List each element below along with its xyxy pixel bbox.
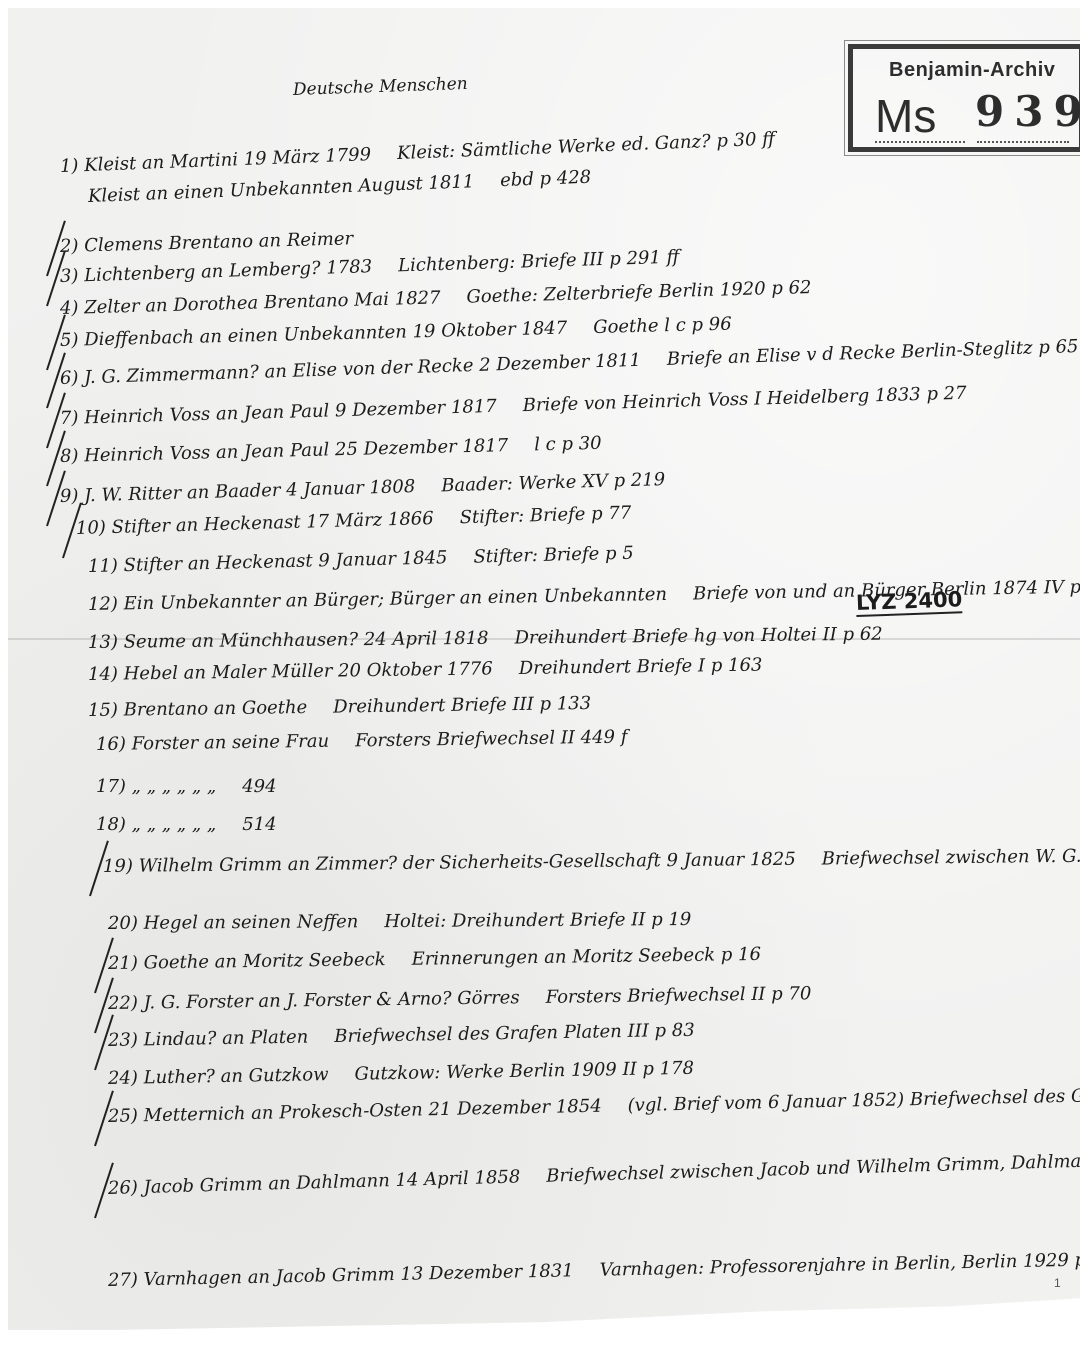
letter-entry: 18) „ „ „ „ „ „514 [96, 814, 277, 835]
entry-number: 11) [88, 555, 124, 577]
entry-number: 15) [88, 700, 124, 721]
entry-source: Erinnerungen an Moritz Seebeck p 16 [411, 944, 761, 970]
entry-number: 12) [88, 593, 124, 615]
entry-source: 514 [242, 814, 276, 835]
letter-entry: 20) Hegel an seinen NeffenHoltei: Dreihu… [108, 909, 691, 934]
stamp-archive-name: Benjamin-Archiv [889, 59, 1055, 82]
entry-number: 26) [108, 1177, 144, 1199]
entry-letter: Clemens Brentano an Reimer [84, 228, 353, 256]
entry-number: 19) [103, 856, 139, 877]
entry-number: 20) [108, 913, 144, 934]
entry-letter: Goethe an Moritz Seebeck [144, 949, 386, 973]
letter-entry: 26) Jacob Grimm an Dahlmann 14 April 185… [108, 1141, 1088, 1199]
entry-number: 3) [60, 265, 85, 287]
entry-source: ebd p 428 [500, 167, 592, 191]
letter-entry: 10) Stifter an Heckenast 17 März 1866Sti… [76, 502, 632, 539]
entry-letter: Stifter an Heckenast 17 März 1866 [111, 508, 434, 538]
letter-entry: 9) J. W. Ritter an Baader 4 Januar 1808B… [60, 469, 666, 507]
entry-source: Kleist: Sämtliche Werke ed. Ganz? p 30 f… [397, 129, 776, 165]
letter-entry: 24) Luther? an GutzkowGutzkow: Werke Ber… [108, 1058, 694, 1089]
entry-number: 21) [108, 953, 144, 974]
entry-number: 23) [108, 1029, 144, 1051]
entry-number: 13) [88, 632, 124, 653]
entry-letter: „ „ „ „ „ „ [132, 776, 217, 797]
entry-source: Goethe: Zelterbriefe Berlin 1920 p 62 [466, 277, 812, 308]
entry-source: Varnhagen: Professorenjahre in Berlin, B… [599, 1249, 1088, 1281]
stamp-dotted-line [977, 141, 1069, 143]
entry-source: Goethe l c p 96 [593, 314, 732, 338]
entry-source: Dreihundert Briefe III p 133 [333, 693, 591, 718]
stamp-prefix: Ms [875, 89, 936, 143]
entry-source: Forsters Briefwechsel II 449 f [355, 727, 628, 752]
entry-number: 8) [60, 445, 85, 467]
letter-entry: 1) Kleist an Martini 19 März 1799Kleist:… [60, 129, 776, 177]
entry-letter: J. W. Ritter an Baader 4 Januar 1808 [84, 476, 416, 506]
entry-letter: Hegel an seinen Neffen [144, 911, 359, 933]
entry-letter: Metternich an Prokesch-Osten 21 Dezember… [143, 1096, 601, 1127]
letter-entry: 2) Clemens Brentano an Reimer [60, 228, 380, 257]
entry-number: 24) [108, 1067, 144, 1089]
entry-letter: Jacob Grimm an Dahlmann 14 April 1858 [143, 1166, 520, 1198]
archive-stamp: Benjamin-Archiv Ms 939 [848, 44, 1084, 152]
stamp-dotted-line [875, 141, 965, 143]
letter-entry: 17) „ „ „ „ „ „494 [96, 776, 277, 797]
letter-entry: 7) Heinrich Voss an Jean Paul 9 Dezember… [60, 383, 967, 429]
entry-source: Briefwechsel des Grafen Platen III p 83 [334, 1020, 695, 1047]
entry-source: Briefwechsel zwischen Jacob und Wilhelm … [546, 1141, 1088, 1186]
entry-source: Stifter: Briefe p 77 [459, 502, 631, 528]
entry-letter: Wilhelm Grimm an Zimmer? der Sicherheits… [139, 849, 796, 877]
shelfmark-note: LYZ 2400 [856, 587, 963, 617]
entry-number: 1) [60, 155, 85, 177]
entry-letter: Stifter an Heckenast 9 Januar 1845 [123, 547, 447, 576]
entry-source: Lichtenberg: Briefe III p 291 ff [398, 247, 680, 277]
entry-letter: Kleist an einen Unbekannten August 1811 [88, 171, 475, 207]
entry-letter: Hebel an Maler Müller 20 Oktober 1776 [124, 658, 493, 684]
entry-letter: Forster an seine Frau [132, 731, 330, 755]
entry-letter: J. G. Zimmermann? an Elise von der Recke… [84, 350, 641, 388]
entry-source: (vgl. Brief vom 6 Januar 1852) Briefwech… [627, 1080, 1088, 1116]
entry-number: 27) [108, 1269, 144, 1291]
entry-source: Dreihundert Briefe I p 163 [519, 655, 763, 679]
entry-letter: Ein Unbekannter an Bürger; Bürger an ein… [123, 584, 667, 614]
entry-source: Baader: Werke XV p 219 [441, 469, 665, 496]
entry-number: 10) [76, 517, 112, 539]
entry-number: 18) [96, 814, 132, 835]
entry-source: l c p 30 [534, 433, 602, 456]
entry-source: Dreihundert Briefe hg von Holtei II p 62 [514, 624, 882, 649]
letter-entry: 21) Goethe an Moritz SeebeckErinnerungen… [108, 944, 761, 974]
letter-entry: 27) Varnhagen an Jacob Grimm 13 Dezember… [108, 1249, 1088, 1291]
manuscript-page: Benjamin-Archiv Ms 939 Deutsche Menschen… [8, 8, 1080, 1330]
letter-entry: 23) Lindau? an PlatenBriefwechsel des Gr… [108, 1020, 695, 1051]
entry-letter: Zelter an Dorothea Brentano Mai 1827 [84, 287, 441, 318]
entry-letter: Seume an Münchhausen? 24 April 1818 [124, 628, 489, 653]
entry-number: 16) [96, 734, 132, 755]
entry-letter: Heinrich Voss an Jean Paul 9 Dezember 18… [84, 396, 497, 429]
page-number: 1 [1054, 1276, 1061, 1290]
entry-source: Briefwechsel zwischen W. G. u. J. von Gr… [822, 844, 1088, 870]
entry-number: 14) [88, 664, 124, 685]
entry-source: 494 [242, 776, 276, 797]
stamp-number: 939 [975, 87, 1088, 136]
entry-letter: J. G. Forster an J. Forster & Arno? Görr… [144, 987, 520, 1013]
letter-entry: 25) Metternich an Prokesch-Osten 21 Deze… [108, 1080, 1088, 1127]
entry-letter: Varnhagen an Jacob Grimm 13 Dezember 183… [143, 1260, 573, 1290]
letter-entry: 13) Seume an Münchhausen? 24 April 1818D… [88, 624, 883, 653]
letter-entry: 14) Hebel an Maler Müller 20 Oktober 177… [88, 655, 763, 685]
entry-letter: Dieffenbach an einen Unbekannten 19 Okto… [84, 318, 568, 351]
entry-number: 22) [108, 993, 144, 1014]
letter-entry: 11) Stifter an Heckenast 9 Januar 1845St… [88, 543, 634, 577]
entry-source: Forsters Briefwechsel II p 70 [545, 983, 811, 1008]
entry-number: 7) [60, 407, 85, 429]
entry-letter: Brentano an Goethe [124, 697, 308, 721]
letter-entry: 15) Brentano an GoetheDreihundert Briefe… [88, 693, 591, 721]
entry-letter: Kleist an Martini 19 März 1799 [84, 144, 372, 176]
letter-entry: 16) Forster an seine FrauForsters Briefw… [96, 727, 628, 755]
entry-letter: Heinrich Voss an Jean Paul 25 Dezember 1… [84, 435, 509, 466]
entry-number: 6) [60, 367, 85, 389]
entry-source: Holtei: Dreihundert Briefe II p 19 [384, 909, 691, 932]
entry-source: Stifter: Briefe p 5 [473, 543, 634, 568]
letter-entry: 22) J. G. Forster an J. Forster & Arno? … [108, 983, 812, 1014]
entry-letter: Luther? an Gutzkow [143, 1064, 328, 1088]
entry-number: 17) [96, 776, 132, 797]
entry-source: Gutzkow: Werke Berlin 1909 II p 178 [354, 1058, 694, 1085]
document-title: Deutsche Menschen [293, 74, 468, 100]
letter-entry: 5) Dieffenbach an einen Unbekannten 19 O… [60, 314, 732, 351]
letter-entry: 8) Heinrich Voss an Jean Paul 25 Dezembe… [60, 433, 602, 467]
entry-source: Briefe an Elise v d Recke Berlin-Steglit… [667, 336, 1079, 370]
letter-entry: 19) Wilhelm Grimm an Zimmer? der Sicherh… [103, 844, 1088, 877]
entry-number: 5) [60, 329, 85, 351]
entry-letter: Lindau? an Platen [143, 1027, 308, 1051]
entry-source [379, 228, 380, 249]
entry-source: Briefe von Heinrich Voss I Heidelberg 18… [522, 383, 966, 416]
entry-letter: Lichtenberg an Lemberg? 1783 [84, 256, 373, 286]
entry-number: 25) [108, 1105, 144, 1127]
entry-letter: „ „ „ „ „ „ [132, 814, 217, 835]
